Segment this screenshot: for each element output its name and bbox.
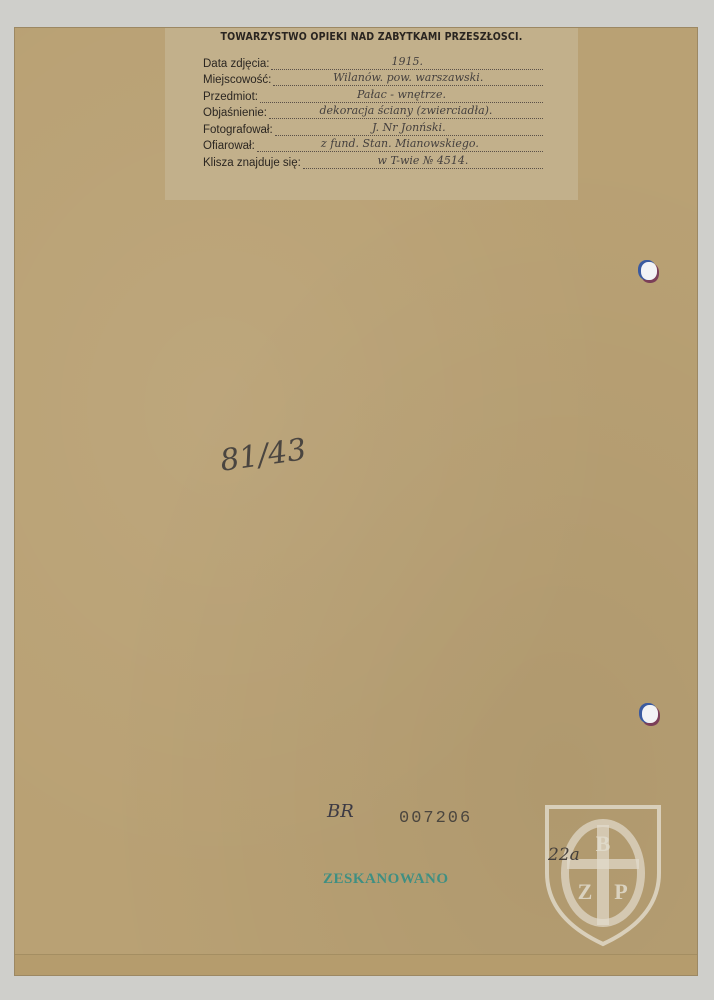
field-value: 1915. [271, 56, 543, 70]
svg-text:B: B [596, 831, 611, 856]
svg-text:P: P [614, 879, 627, 904]
field-label: Data zdjęcia: [203, 58, 269, 70]
svg-text:Z: Z [578, 879, 593, 904]
field-subject: Przedmiot:Pałac - wnętrze. [203, 86, 543, 103]
inventory-number: 81/43 [218, 432, 308, 479]
punch-hole-bottom [642, 705, 658, 723]
field-value: dekoracja ściany (zwierciadła). [269, 105, 543, 119]
field-negative-location: Klisza znajduje się:w T-wie № 4514. [203, 152, 543, 169]
punch-hole-top [641, 262, 657, 280]
field-place: Miejscowość:Wilanów. pow. warszawski. [203, 70, 543, 87]
card-bottom-edge [15, 954, 697, 975]
field-label: Klisza znajduje się: [203, 157, 301, 169]
scanned-stamp: ZESKANOWANO [323, 871, 449, 888]
field-date: Data zdjęcia:1915. [203, 53, 543, 70]
photo-card: TOWARZYSTWO OPIEKI NAD ZABYTKAMI PRZESZŁ… [15, 28, 697, 975]
field-label: Objaśnienie: [203, 107, 267, 119]
br-mark: BR [327, 801, 354, 822]
field-label: Miejscowość: [203, 74, 271, 86]
field-description: Objaśnienie:dekoracja ściany (zwierciadł… [203, 103, 543, 120]
field-value: z fund. Stan. Mianowskiego. [257, 138, 543, 152]
field-label: Przedmiot: [203, 91, 258, 103]
label-fields: Data zdjęcia:1915. Miejscowość:Wilanów. … [203, 53, 543, 169]
shelf-mark: 22a [548, 845, 580, 865]
field-label: Fotografował: [203, 124, 273, 136]
field-value: J. Nr Jonński. [275, 122, 543, 136]
stamped-number: 007206 [399, 809, 472, 828]
field-photographer: Fotografował:J. Nr Jonński. [203, 119, 543, 136]
field-value: Pałac - wnętrze. [260, 89, 543, 103]
library-emblem-icon: B Z P [543, 803, 663, 948]
field-label: Ofiarował: [203, 140, 255, 152]
label-title: TOWARZYSTWO OPIEKI NAD ZABYTKAMI PRZESZŁ… [194, 30, 549, 43]
society-label: TOWARZYSTWO OPIEKI NAD ZABYTKAMI PRZESZŁ… [165, 28, 578, 200]
field-donor: Ofiarował:z fund. Stan. Mianowskiego. [203, 136, 543, 153]
field-value: w T-wie № 4514. [303, 155, 543, 169]
field-value: Wilanów. pow. warszawski. [273, 72, 543, 86]
